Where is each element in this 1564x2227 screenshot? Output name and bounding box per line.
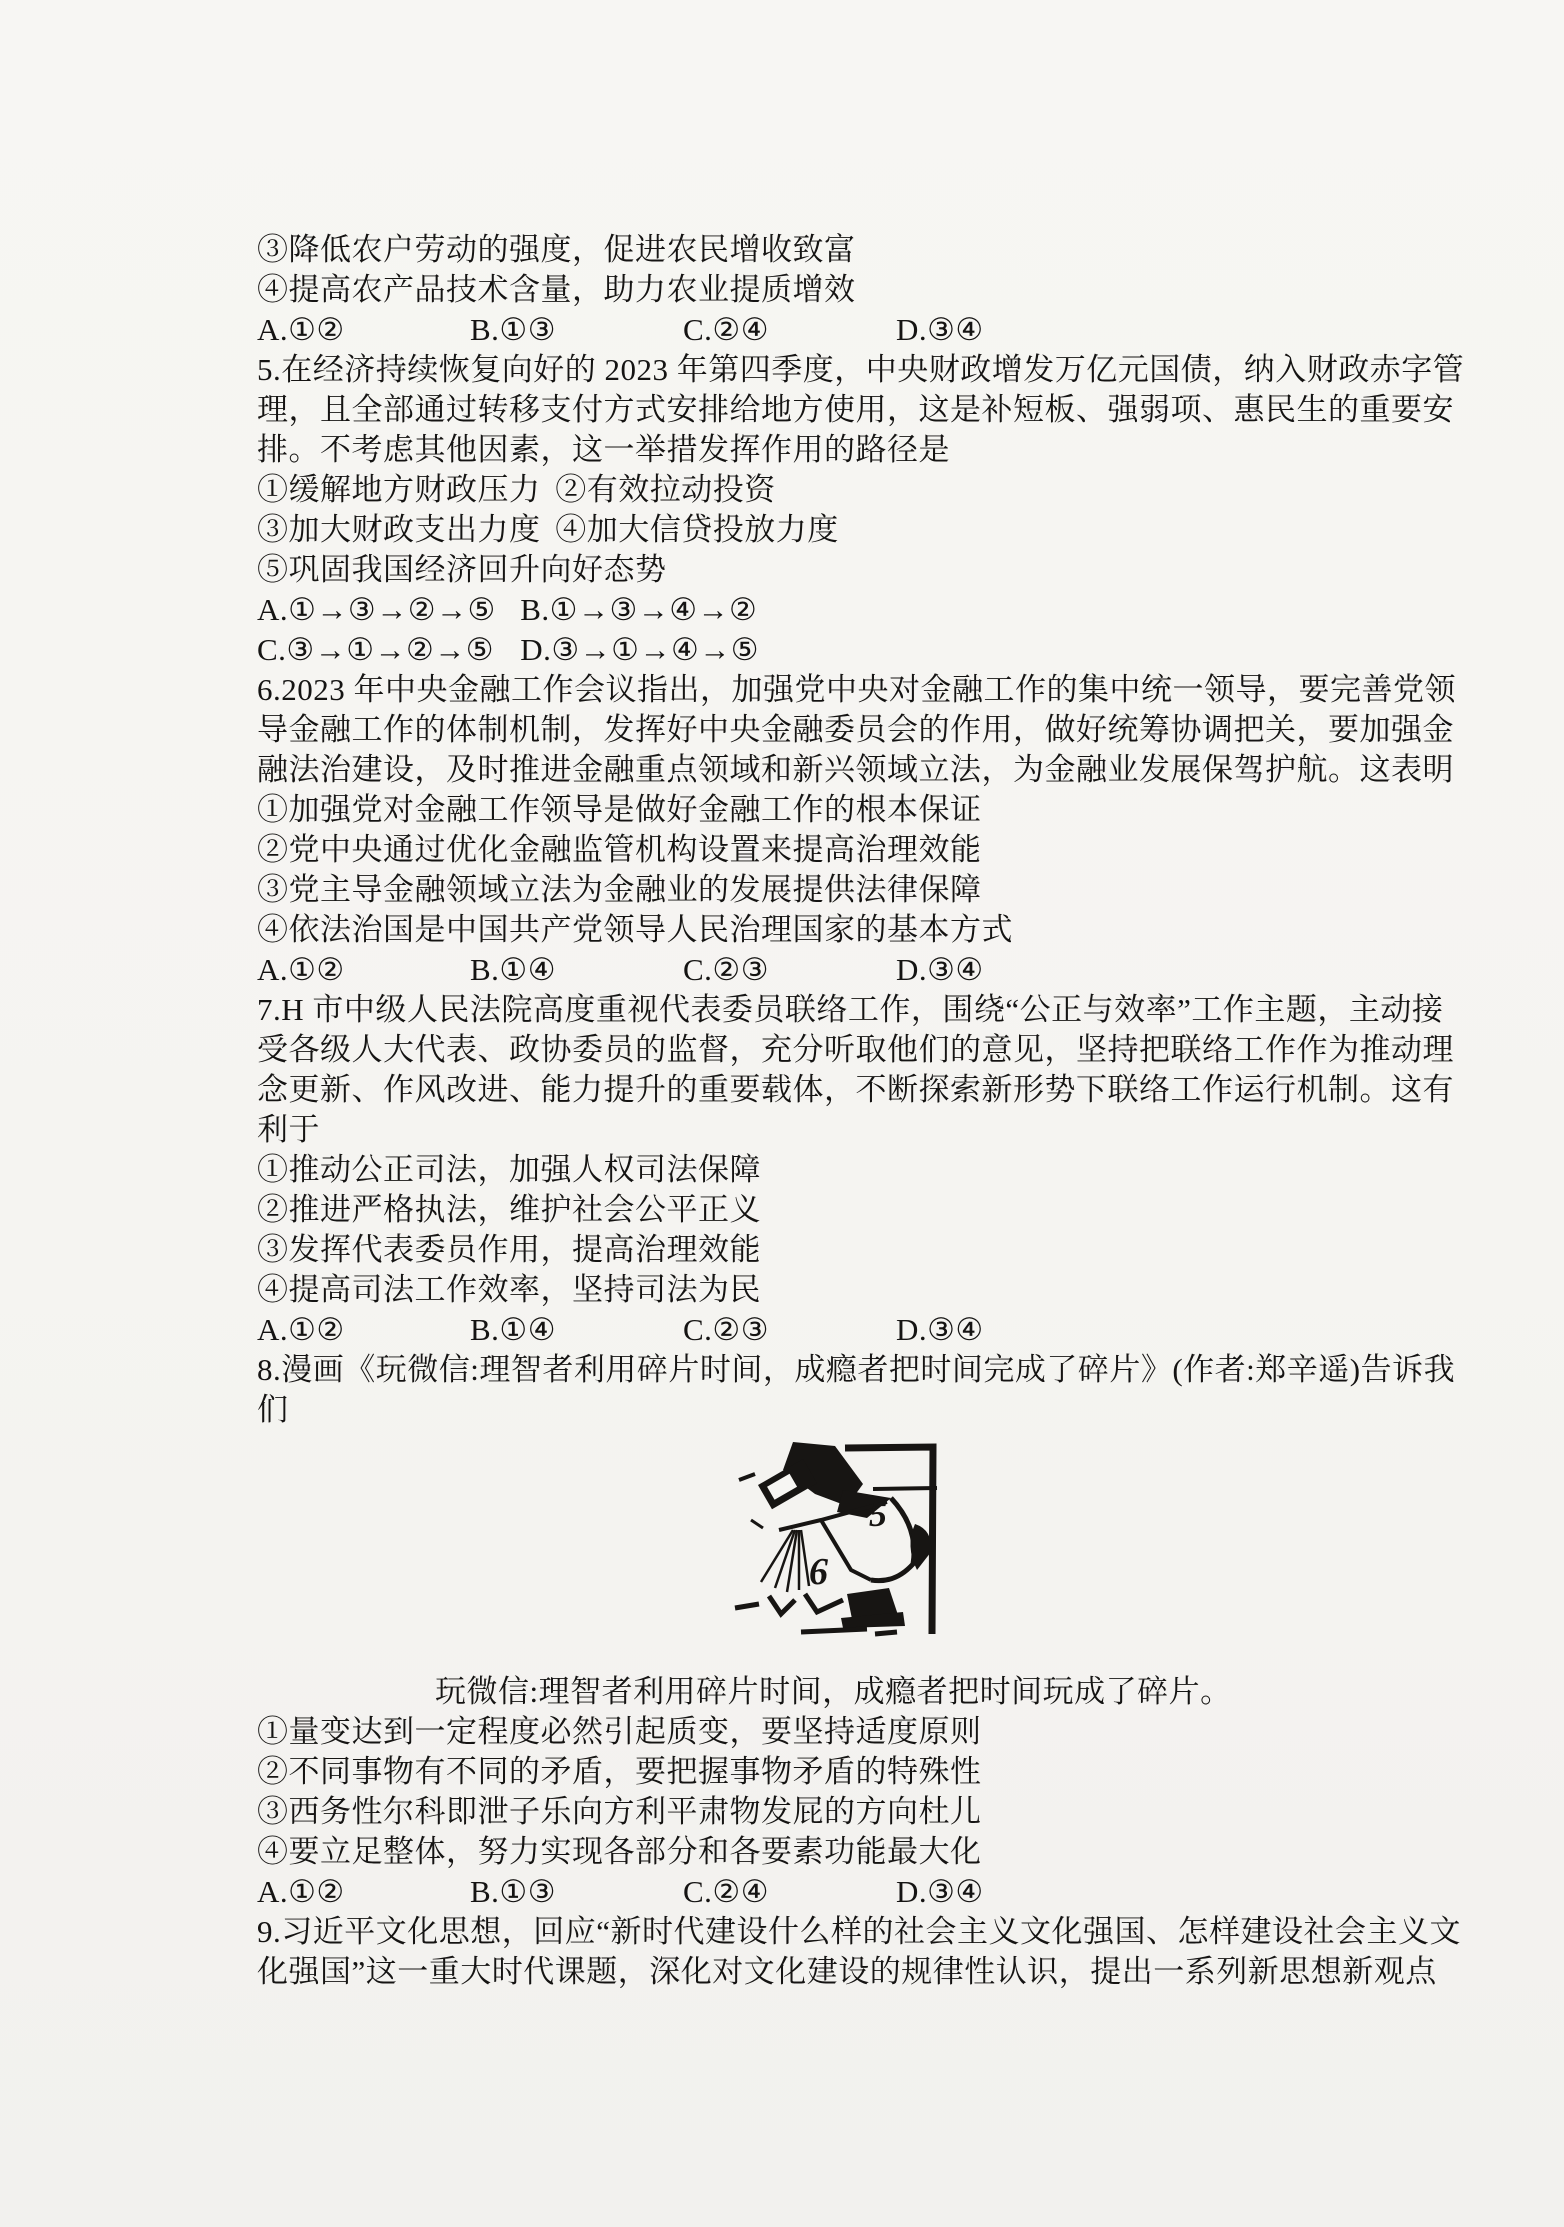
q5-stem-line-3: 排。不考虑其他因素，这一举措发挥作用的路径是 xyxy=(257,430,1335,470)
q5-answer-a: A.①→③→②→⑤ xyxy=(257,590,512,630)
q8-stem-line-1: 8.漫画《玩微信:理智者利用碎片时间，成瘾者把时间完成了碎片》(作者:郑辛遥)告… xyxy=(257,1350,1335,1390)
q8-answer-b: B.①③ xyxy=(470,1872,683,1912)
q6-answer-d: D.③④ xyxy=(896,950,984,990)
q5-option-5: ⑤巩固我国经济回升向好态势 xyxy=(257,550,1335,590)
q7-answer-d: D.③④ xyxy=(896,1310,984,1350)
q7-answer-a: A.①② xyxy=(257,1310,470,1350)
q6-stem-line-3: 融法治建设，及时推进金融重点领域和新兴领域立法，为金融业发展保驾护航。这表明 xyxy=(257,750,1335,790)
q4-option-3: ③降低农户劳动的强度，促进农民增收致富 xyxy=(257,230,1335,270)
q4-option-4: ④提高农产品技术含量，助力农业提质增效 xyxy=(257,270,1335,310)
q5-options-3-4: ③加大财政支出力度 ④加大信贷投放力度 xyxy=(257,510,1335,550)
wechat-fragmentation-cartoon: 5 6 xyxy=(257,1430,1335,1672)
scanned-exam-page: ③降低农户劳动的强度，促进农民增收致富 ④提高农产品技术含量，助力农业提质增效 … xyxy=(0,0,1564,2227)
q4-answer-a: A.①② xyxy=(257,310,470,350)
q6-option-3: ③党主导金融领域立法为金融业的发展提供法律保障 xyxy=(257,870,1335,910)
q8-answer-c: C.②④ xyxy=(683,1872,896,1912)
q5-answer-c: C.③→①→②→⑤ xyxy=(257,630,512,670)
cartoon-mark xyxy=(751,1520,763,1528)
q6-answer-c: C.②③ xyxy=(683,950,896,990)
q7-option-1: ①推动公正司法，加强人权司法保障 xyxy=(257,1150,1335,1190)
q7-stem-line-4: 利于 xyxy=(257,1110,1335,1150)
q4-answer-d: D.③④ xyxy=(896,310,984,350)
q7-answer-row: A.①② B.①④ C.②③ D.③④ xyxy=(257,1310,1335,1350)
q8-cartoon-caption: 玩微信:理智者利用碎片时间，成瘾者把时间玩成了碎片。 xyxy=(257,1672,1335,1712)
q5-option-2: ②有效拉动投资 xyxy=(555,472,776,507)
q8-option-4: ④要立足整体，努力实现各部分和各要素功能最大化 xyxy=(257,1832,1335,1872)
q8-answer-a: A.①② xyxy=(257,1872,470,1912)
cartoon-ground xyxy=(735,1604,759,1608)
q8-option-2: ②不同事物有不同的矛盾，要把握事物矛盾的特殊性 xyxy=(257,1752,1335,1792)
q9-stem-line-2: 化强国”这一重大时代课题，深化对文化建设的规律性认识，提出一系列新思想新观点 xyxy=(257,1952,1335,1992)
q7-stem-line-2: 受各级人大代表、政协委员的监督，充分听取他们的意见，坚持把联络工作作为推动理 xyxy=(257,1030,1335,1070)
q8-answer-d: D.③④ xyxy=(896,1872,984,1912)
q8-answer-row: A.①② B.①③ C.②④ D.③④ xyxy=(257,1872,1335,1912)
cartoon-lapel xyxy=(821,1520,871,1580)
q8-option-3: ③西务性尔科即泄子乐向方利平肃物发屁的方向杜儿 xyxy=(257,1792,1335,1832)
q6-option-1: ①加强党对金融工作领导是做好金融工作的根本保证 xyxy=(257,790,1335,830)
q7-option-4: ④提高司法工作效率，坚持司法为民 xyxy=(257,1270,1335,1310)
q7-stem-line-3: 念更新、作风改进、能力提升的重要载体，不断探索新形势下联络工作运行机制。这有 xyxy=(257,1070,1335,1110)
q6-answer-a: A.①② xyxy=(257,950,470,990)
cartoon-frame-bar xyxy=(873,1488,937,1489)
q4-answer-c: C.②④ xyxy=(683,310,896,350)
q5-answer-row-ab: A.①→③→②→⑤ B.①→③→④→② xyxy=(257,590,1335,630)
q5-answer-b: B.①→③→④→② xyxy=(520,592,757,627)
q5-stem-line-1: 5.在经济持续恢复向好的 2023 年第四季度，中央财政增发万亿元国债，纳入财政… xyxy=(257,350,1335,390)
q6-answer-b: B.①④ xyxy=(470,950,683,990)
q6-option-2: ②党中央通过优化金融监管机构设置来提高治理效能 xyxy=(257,830,1335,870)
q5-option-3: ③加大财政支出力度 xyxy=(257,510,547,550)
cartoon-digit-6: 6 xyxy=(809,1551,829,1593)
q7-answer-b: B.①④ xyxy=(470,1310,683,1350)
q7-answer-c: C.②③ xyxy=(683,1310,896,1350)
cartoon-mark xyxy=(739,1474,755,1480)
q4-answer-row: A.①② B.①③ C.②④ D.③④ xyxy=(257,310,1335,350)
cartoon-digit-5: 5 xyxy=(869,1494,888,1534)
q6-stem-line-2: 导金融工作的体制机制，发挥好中央金融委员会的作用，做好统筹协调把关，要加强金 xyxy=(257,710,1335,750)
q7-stem-line-1: 7.H 市中级人民法院高度重视代表委员联络工作，围绕“公正与效率”工作主题，主动… xyxy=(257,990,1335,1030)
cartoon-ground xyxy=(801,1629,867,1632)
cartoon-fold xyxy=(805,1594,843,1612)
q6-answer-row: A.①② B.①④ C.②③ D.③④ xyxy=(257,950,1335,990)
q7-option-2: ②推进严格执法，维护社会公平正义 xyxy=(257,1190,1335,1230)
q6-stem-line-1: 6.2023 年中央金融工作会议指出，加强党中央对金融工作的集中统一领导，要完善… xyxy=(257,670,1335,710)
q5-options-1-2: ①缓解地方财政压力 ②有效拉动投资 xyxy=(257,470,1335,510)
q5-option-4: ④加大信贷投放力度 xyxy=(555,512,839,547)
cartoon-fold xyxy=(769,1596,795,1614)
q5-answer-d: D.③→①→④→⑤ xyxy=(520,632,759,667)
q6-option-4: ④依法治国是中国共产党领导人民治理国家的基本方式 xyxy=(257,910,1335,950)
q5-option-1: ①缓解地方财政压力 xyxy=(257,470,547,510)
q7-option-3: ③发挥代表委员作用，提高治理效能 xyxy=(257,1230,1335,1270)
q9-stem-line-1: 9.习近平文化思想，回应“新时代建设什么样的社会主义文化强国、怎样建设社会主义文 xyxy=(257,1912,1335,1952)
q4-answer-b: B.①③ xyxy=(470,310,683,350)
q5-stem-line-2: 理，且全部通过转移支付方式安排给地方使用，这是补短板、强弱项、惠民生的重要安 xyxy=(257,390,1335,430)
cartoon-collar-folds xyxy=(761,1530,809,1592)
q5-answer-row-cd: C.③→①→②→⑤ D.③→①→④→⑤ xyxy=(257,630,1335,670)
cartoon-ground xyxy=(875,1632,897,1634)
exam-text-column: ③降低农户劳动的强度，促进农民增收致富 ④提高农产品技术含量，助力农业提质增效 … xyxy=(257,230,1335,1992)
q8-option-1: ①量变达到一定程度必然引起质变，要坚持适度原则 xyxy=(257,1712,1335,1752)
cartoon-drawing: 5 6 xyxy=(717,1432,957,1647)
q8-stem-line-2: 们 xyxy=(257,1390,1335,1430)
